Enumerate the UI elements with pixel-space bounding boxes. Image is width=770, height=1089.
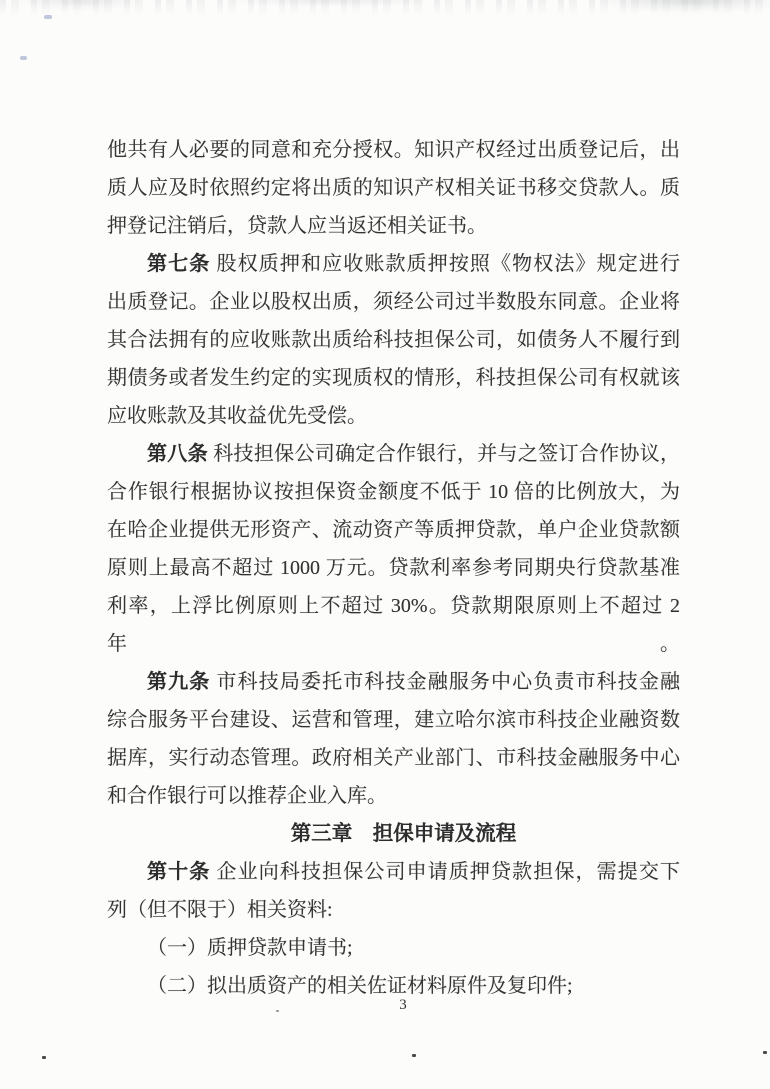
document-body: 他共有人必要的同意和充分授权。知识产权经过出质登记后，出 质人应及时依照约定将出… [107,131,680,1005]
page-number: 3 [18,997,770,1014]
body-line-article-9: 第九条 市科技局委托市科技金融服务中心负责市科技金融 [107,663,680,701]
body-line: 和合作银行可以推荐企业入库。 [107,777,680,815]
body-line: 在哈企业提供无形资产、流动资产等质押贷款，单户企业贷款额 [107,511,680,549]
body-line: 合作银行根据协议按担保资金额度不低于 10 倍的比例放大，为 [107,473,680,511]
body-line: 原则上最高不超过 1000 万元。贷款利率参考同期央行贷款基准 [107,549,680,587]
article-number: 第九条 [147,671,210,693]
body-line: 应收账款及其收益优先受偿。 [107,397,680,435]
body-line: 出质登记。企业以股权出质，须经公司过半数股东同意。企业将 [107,283,680,321]
scan-noise-band [0,0,770,16]
article-text: 科技担保公司确定合作银行，并与之签订合作协议， [208,443,680,465]
body-line-article-8: 第八条 科技担保公司确定合作银行，并与之签订合作协议， [107,435,680,473]
body-line: 综合服务平台建设、运营和管理，建立哈尔滨市科技企业融资数 [107,701,680,739]
article-text: 企业向科技担保公司申请质押贷款担保，需提交下 [210,861,680,883]
article-number: 第十条 [147,861,210,883]
article-number: 第八条 [147,443,208,465]
body-line: 质人应及时依照约定将出质的知识产权相关证书移交贷款人。质 [107,169,680,207]
scan-speck [763,1051,767,1054]
body-line: 列（但不限于）相关资料: [107,891,680,929]
article-text: 股权质押和应收账款质押按照《物权法》规定进行 [210,253,680,275]
body-line: 押登记注销后，贷款人应当返还相关证书。 [107,207,680,245]
body-line: 他共有人必要的同意和充分授权。知识产权经过出质登记后，出 [107,131,680,169]
chapter-heading: 第三章 担保申请及流程 [117,815,690,853]
body-line: 其合法拥有的应收账款出质给科技担保公司，如债务人不履行到 [107,321,680,359]
body-line-article-7: 第七条 股权质押和应收账款质押按照《物权法》规定进行 [107,245,680,283]
body-line-article-10: 第十条 企业向科技担保公司申请质押贷款担保，需提交下 [107,853,680,891]
scan-mark-blue [20,56,27,60]
body-line: 期债务或者发生约定的实现质权的情形，科技担保公司有权就该 [107,359,680,397]
scan-mark-blue [44,15,52,19]
scanned-document-page: { "page": { "number": "3" }, "doc": { "l… [0,0,770,1089]
article-number: 第七条 [147,253,210,275]
list-item-1: （一）质押贷款申请书; [107,929,680,967]
scan-speck [42,1056,46,1059]
body-line: 利率，上浮比例原则上不超过 30%。贷款期限原则上不超过 2 年。 [107,587,680,663]
body-line: 据库，实行动态管理。政府相关产业部门、市科技金融服务中心 [107,739,680,777]
scan-speck [412,1054,416,1057]
article-text: 市科技局委托市科技金融服务中心负责市科技金融 [210,671,680,693]
